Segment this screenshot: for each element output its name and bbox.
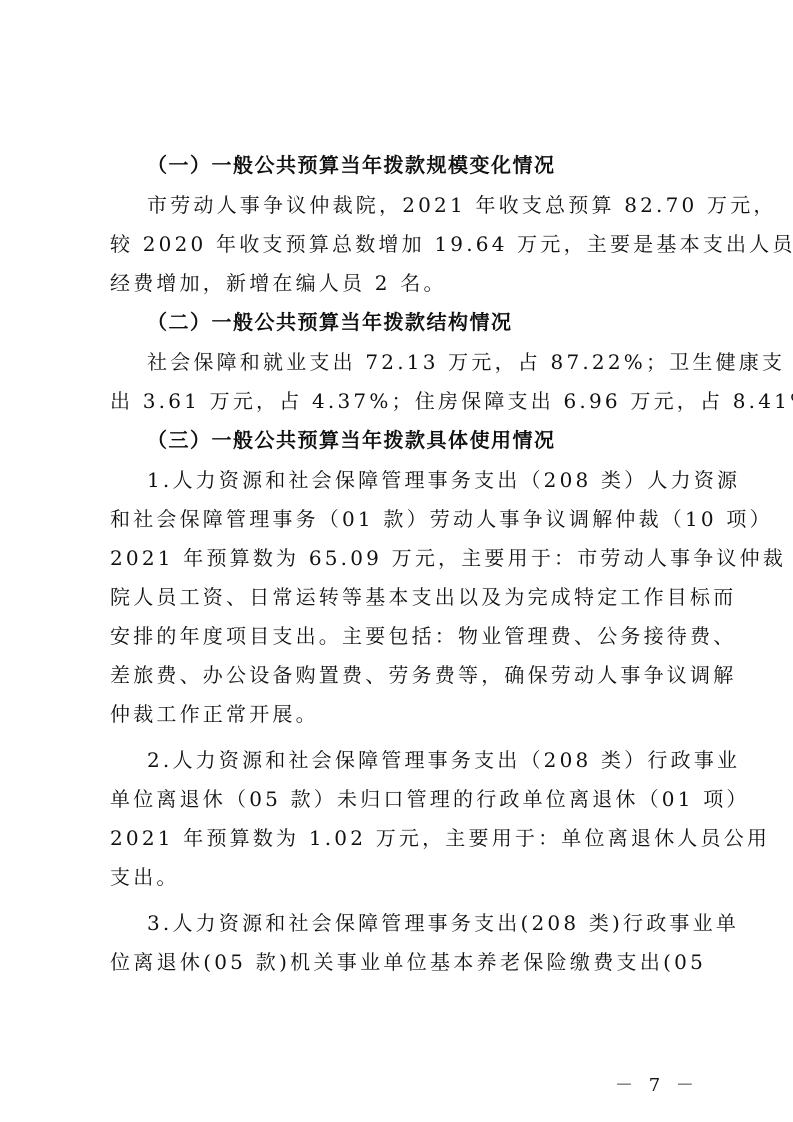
paragraph-line: 单位离退休（05 款）未归口管理的行政单位离退休（01 项）: [110, 786, 706, 812]
paragraph-line: 较 2020 年收支预算总数增加 19.64 万元，主要是基本支出人员: [110, 231, 706, 257]
document-page: （一）一般公共预算当年拨款规模变化情况 市劳动人事争议仲裁院，2021 年收支总…: [0, 0, 793, 1122]
paragraph-line: 出 3.61 万元，占 4.37%；住房保障支出 6.96 万元，占 8.41%…: [110, 388, 706, 414]
paragraph-line: 经费增加，新增在编人员 2 名。: [110, 270, 706, 296]
paragraph-line: 1.人力资源和社会保障管理事务支出（208 类）人力资源: [147, 467, 706, 493]
page-number: － 7 －: [615, 1071, 699, 1097]
paragraph-line: 市劳动人事争议仲裁院，2021 年收支总预算 82.70 万元，: [147, 192, 706, 218]
section-heading-2: （二）一般公共预算当年拨款结构情况: [147, 309, 706, 335]
paragraph-line: 3.人力资源和社会保障管理事务支出(208 类)行政事业单: [147, 910, 706, 936]
paragraph-line: 差旅费、办公设备购置费、劳务费等，确保劳动人事争议调解: [110, 662, 706, 688]
paragraph-line: 社会保障和就业支出 72.13 万元，占 87.22%；卫生健康支: [147, 349, 706, 375]
paragraph-line: 位离退休(05 款)机关事业单位基本养老保险缴费支出(05: [110, 949, 706, 975]
paragraph-line: 和社会保障管理事务（01 款）劳动人事争议调解仲裁（10 项）: [110, 506, 706, 532]
section-heading-1: （一）一般公共预算当年拨款规模变化情况: [147, 152, 706, 178]
paragraph-line: 仲裁工作正常开展。: [110, 701, 706, 727]
paragraph-line: 2021 年预算数为 65.09 万元，主要用于：市劳动人事争议仲裁: [110, 545, 706, 571]
paragraph-line: 院人员工资、日常运转等基本支出以及为完成特定工作目标而: [110, 584, 706, 610]
paragraph-line: 2021 年预算数为 1.02 万元，主要用于：单位离退休人员公用: [110, 825, 706, 851]
paragraph-line: 安排的年度项目支出。主要包括：物业管理费、公务接待费、: [110, 623, 706, 649]
section-heading-3: （三）一般公共预算当年拨款具体使用情况: [147, 427, 706, 453]
paragraph-line: 2.人力资源和社会保障管理事务支出（208 类）行政事业: [147, 747, 706, 773]
paragraph-line: 支出。: [110, 864, 706, 890]
